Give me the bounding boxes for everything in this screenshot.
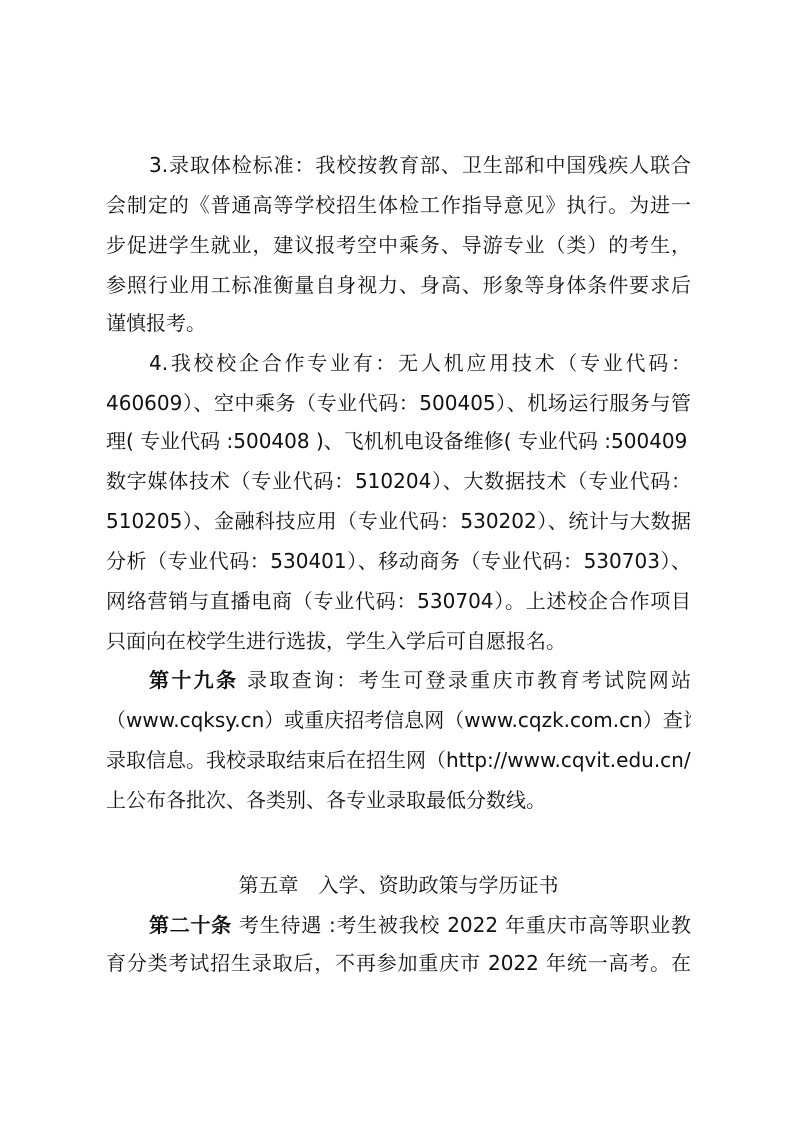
paragraph-line: 参照行业用工标准衡量自身视力、身高、形象等身体条件要求后 [106, 270, 691, 300]
paragraph-line: 510205）、金融科技应用（专业代码：530202）、统计与大数据 [106, 506, 691, 536]
paragraph-line: 步促进学生就业，建议报考空中乘务、导游专业（类）的考生， [106, 230, 691, 260]
paragraph-line: 460609）、空中乘务（专业代码：500405）、机场运行服务与管 [106, 388, 691, 418]
paragraph-line: 上公布各批次、各类别、各专业录取最低分数线。 [106, 785, 691, 815]
article-19-heading: 第十九条 [149, 668, 238, 692]
paragraph-line: 会制定的《普通高等学校招生体检工作指导意见》执行。为进一 [106, 190, 691, 220]
paragraph-line: （www.cqksy.cn）或重庆招考信息网（www.cqzk.com.cn）查… [106, 705, 691, 735]
paragraph-line: 育分类考试招生录取后，不再参加重庆市 2022 年统一高考。在 [106, 948, 691, 978]
paragraph-line: 4.我校校企合作专业有：无人机应用技术（专业代码： [149, 348, 691, 378]
paragraph-line: 录取信息。我校录取结束后在招生网（http://www.cqvit.edu.cn… [106, 745, 691, 775]
article-20-first-line: 第二十条 考生待遇 :考生被我校 2022 年重庆市高等职业教 [149, 910, 691, 940]
paragraph-line: 理( 专业代码 :500408 )、飞机机电设备维修( 专业代码 :500409… [106, 426, 691, 456]
paragraph-line: 数字媒体技术（专业代码：510204）、大数据技术（专业代码： [106, 466, 691, 496]
article-19-first-line: 第十九条 录取查询：考生可登录重庆市教育考试院网站 [149, 665, 691, 695]
article-20-text: 考生待遇 :考生被我校 2022 年重庆市高等职业教 [239, 913, 691, 937]
article-19-text: 录取查询：考生可登录重庆市教育考试院网站 [247, 668, 691, 692]
paragraph-line: 网络营销与直播电商（专业代码：530704）。上述校企合作项目 [106, 586, 691, 616]
paragraph-line: 3.录取体检标准：我校按教育部、卫生部和中国残疾人联合 [149, 150, 691, 180]
paragraph-line: 谨慎报考。 [106, 308, 691, 338]
paragraph-line: 分析（专业代码：530401）、移动商务（专业代码：530703）、 [106, 546, 691, 576]
article-20-heading: 第二十条 [149, 913, 232, 937]
document-page: 3.录取体检标准：我校按教育部、卫生部和中国残疾人联合 会制定的《普通高等学校招… [0, 0, 793, 1122]
chapter-title: 第五章 入学、资助政策与学历证书 [106, 870, 691, 900]
paragraph-line: 只面向在校学生进行选拔，学生入学后可自愿报名。 [106, 626, 691, 656]
